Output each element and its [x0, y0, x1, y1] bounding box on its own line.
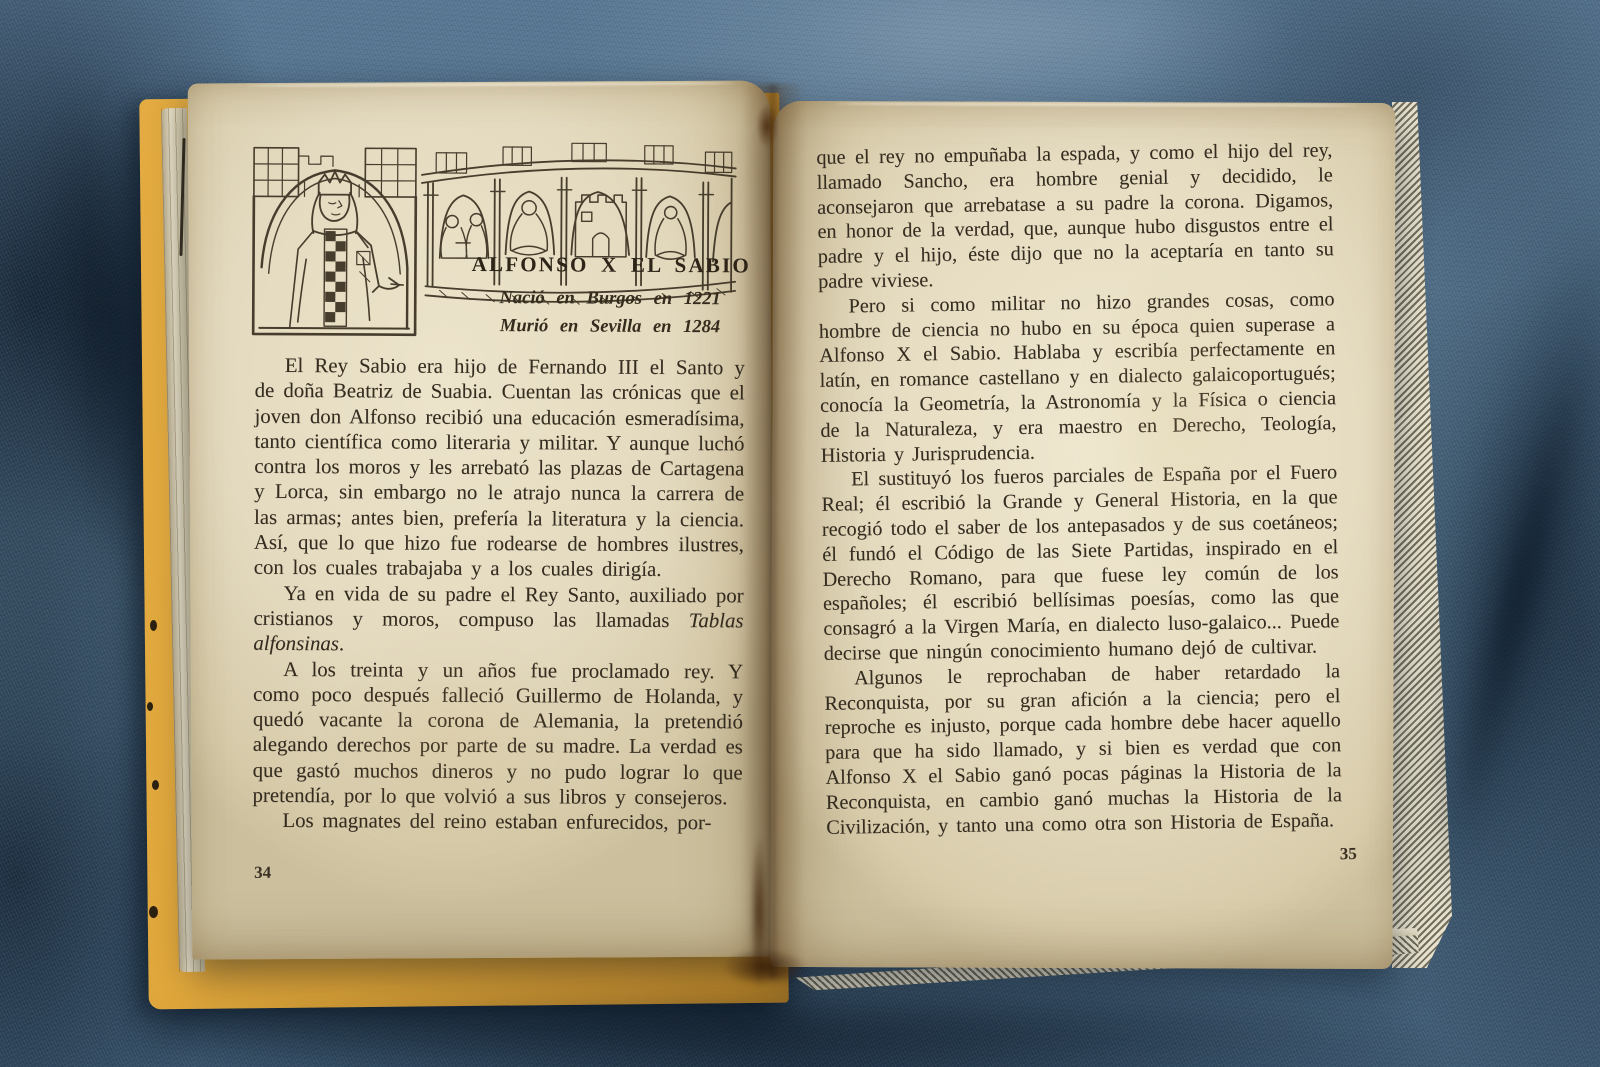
- left-page-text: El Rey Sabio era hijo de Fernando III el…: [252, 353, 745, 836]
- page-number-left: 34: [254, 863, 271, 883]
- paragraph: El sustituyó los fueros parciales de Esp…: [821, 461, 1340, 667]
- paragraph: Los magnates del reino estaban enfurecid…: [252, 808, 742, 836]
- cover-wear-speck: [147, 702, 153, 711]
- left-page-content: ALFONSO X EL SABIO Nació en Burgos en 12…: [188, 80, 775, 959]
- death-line: Murió en Sevilla en 1284: [447, 312, 773, 342]
- paragraph: El Rey Sabio era hijo de Fernando III el…: [254, 353, 745, 583]
- cover-wear-speck: [149, 906, 158, 918]
- birth-line: Nació en Burgos en 1221: [447, 284, 773, 314]
- right-page-text: que el rey no empuñaba la espada, y como…: [816, 138, 1342, 840]
- paragraph: A los treinta y un años fue proclamado r…: [252, 656, 743, 810]
- open-book: ALFONSO X EL SABIO Nació en Burgos en 12…: [0, 0, 1600, 1067]
- paragraph: Ya en vida de su padre el Rey Santo, aux…: [253, 580, 743, 658]
- paragraph: Pero si como militar no hizo grandes cos…: [818, 287, 1337, 468]
- right-page: que el rey no empuñaba la espada, y como…: [770, 101, 1395, 969]
- paragraph: que el rey no empuñaba la espada, y como…: [816, 138, 1334, 294]
- cover-wear-speck: [150, 620, 157, 631]
- chapter-title: ALFONSO X EL SABIO: [453, 252, 769, 279]
- paragraph: Algunos le reprochaban de haber retardad…: [824, 659, 1343, 840]
- left-page: ALFONSO X EL SABIO Nació en Burgos en 12…: [188, 80, 775, 959]
- life-dates: Nació en Burgos en 1221 Murió en Sevilla…: [447, 284, 773, 342]
- page-block-striped-edge-right: [1392, 102, 1452, 968]
- right-page-content: que el rey no empuñaba la espada, y como…: [766, 97, 1401, 972]
- page-number-right: 35: [1340, 844, 1357, 864]
- book-gutter-shadow: [742, 84, 804, 978]
- cover-wear-speck: [152, 780, 159, 790]
- photo-scene: ALFONSO X EL SABIO Nació en Burgos en 12…: [0, 0, 1600, 1067]
